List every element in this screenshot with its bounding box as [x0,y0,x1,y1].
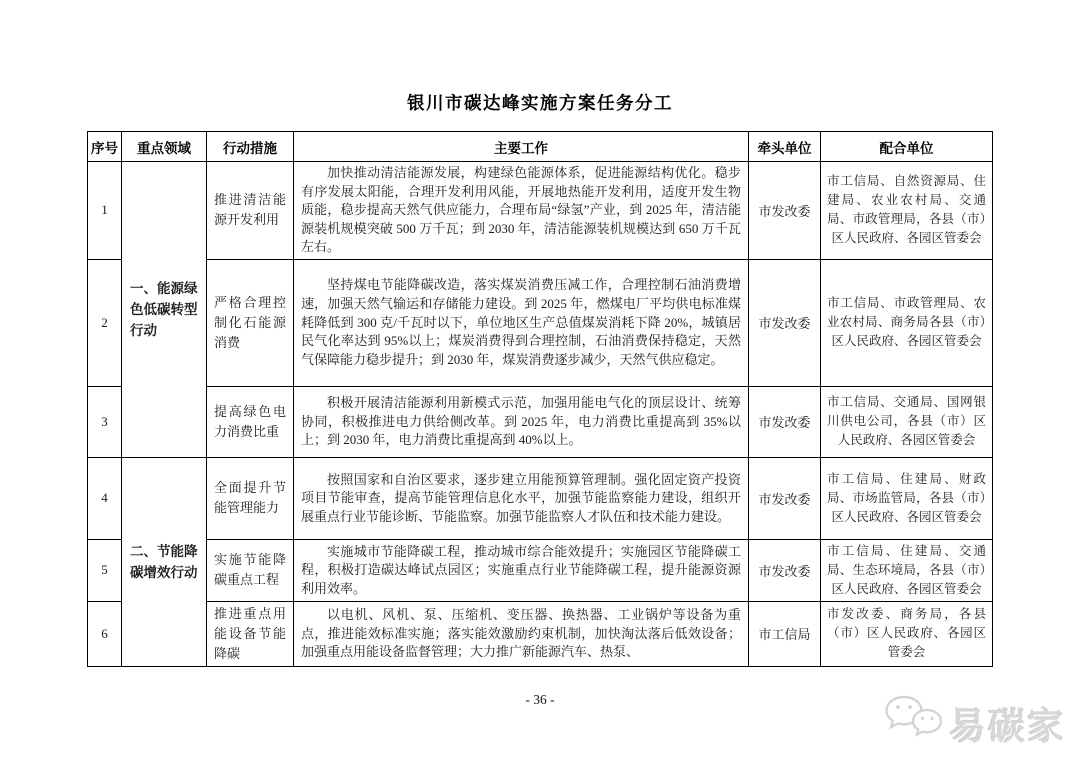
lead-unit-cell: 市工信局 [749,601,821,666]
work-paragraph: 加快推动清洁能源发展，构建绿色能源体系，促进能源结构优化。稳步有序发展太阳能，合… [301,164,741,257]
work-paragraph: 以电机、风机、泵、压缩机、变压器、换热器、工业锅炉等设备为重点，推进能效标准实施… [301,606,741,662]
chat-bubbles-icon [883,694,945,751]
support-unit-cell: 市发改委、商务局，各县（市）区人民政府、各园区管委会 [821,601,993,666]
row-number-cell: 3 [88,386,122,457]
row-number-cell: 5 [88,539,122,601]
work-cell: 积极开展清洁能源利用新模式示范，加强用能电气化的顶层设计、统筹协同，积极推进电力… [294,386,749,457]
header-lead-unit: 牵头单位 [749,132,821,162]
table-row: 4 二、节能降碳增效行动 全面提升节能管理能力 按照国家和自治区要求，逐步建立用… [88,457,993,539]
table-row: 6 推进重点用能设备节能降碳 以电机、风机、泵、压缩机、变压器、换热器、工业锅炉… [88,601,993,666]
work-paragraph: 实施城市节能降碳工程，推动城市综合能效提升；实施园区节能降碳工程，积极打造碳达峰… [301,543,741,599]
work-cell: 加快推动清洁能源发展，构建绿色能源体系，促进能源结构优化。稳步有序发展太阳能，合… [294,162,749,260]
watermark-logo: 易碳家 [883,694,1066,751]
row-number-cell: 4 [88,457,122,539]
header-key-area: 重点领域 [122,132,207,162]
support-unit-cell: 市工信局、住建局、交通局、生态环境局，各县（市）区人民政府、各园区管委会 [821,539,993,601]
work-cell: 以电机、风机、泵、压缩机、变压器、换热器、工业锅炉等设备为重点，推进能效标准实施… [294,601,749,666]
header-serial-number: 序号 [88,132,122,162]
row-number-cell: 6 [88,601,122,666]
work-paragraph: 积极开展清洁能源利用新模式示范，加强用能电气化的顶层设计、统筹协同，积极推进电力… [301,394,741,450]
lead-unit-cell: 市发改委 [749,457,821,539]
page-title: 银川市碳达峰实施方案任务分工 [0,0,1080,115]
measure-cell: 实施节能降碳重点工程 [207,539,294,601]
header-main-work: 主要工作 [294,132,749,162]
lead-unit-cell: 市发改委 [749,162,821,260]
lead-unit-cell: 市发改委 [749,259,821,386]
lead-unit-cell: 市发改委 [749,386,821,457]
measure-cell: 推进清洁能源开发利用 [207,162,294,260]
measure-cell: 推进重点用能设备节能降碳 [207,601,294,666]
header-action-measure: 行动措施 [207,132,294,162]
document-page: { "page": { "title": "银川市碳达峰实施方案任务分工", "… [0,0,1080,764]
table-row: 1 一、能源绿色低碳转型行动 推进清洁能源开发利用 加快推动清洁能源发展，构建绿… [88,162,993,260]
table-row: 2 严格合理控制化石能源消费 坚持煤电节能降碳改造，落实煤炭消费压减工作，合理控… [88,259,993,386]
measure-cell: 提高绿色电力消费比重 [207,386,294,457]
lead-unit-cell: 市发改委 [749,539,821,601]
work-cell: 按照国家和自治区要求，逐步建立用能预算管理制。强化固定资产投资项目节能审查，提高… [294,457,749,539]
support-unit-cell: 市工信局、自然资源局、住建局、农业农村局、交通局、市政管理局，各县（市）区人民政… [821,162,993,260]
key-area-cell: 一、能源绿色低碳转型行动 [122,162,207,458]
header-support-unit: 配合单位 [821,132,993,162]
work-cell: 坚持煤电节能降碳改造，落实煤炭消费压减工作，合理控制石油消费增速，加强天然气输运… [294,259,749,386]
task-division-table: 序号 重点领域 行动措施 主要工作 牵头单位 配合单位 1 一、能源绿色低碳转型… [87,131,993,667]
support-unit-cell: 市工信局、交通局、国网银川供电公司，各县（市）区人民政府、各园区管委会 [821,386,993,457]
row-number-cell: 2 [88,259,122,386]
table-row: 5 实施节能降碳重点工程 实施城市节能降碳工程，推动城市综合能效提升；实施园区节… [88,539,993,601]
work-cell: 实施城市节能降碳工程，推动城市综合能效提升；实施园区节能降碳工程，积极打造碳达峰… [294,539,749,601]
work-paragraph: 坚持煤电节能降碳改造，落实煤炭消费压减工作，合理控制石油消费增速，加强天然气输运… [301,276,741,369]
work-paragraph: 按照国家和自治区要求，逐步建立用能预算管理制。强化固定资产投资项目节能审查，提高… [301,471,741,527]
row-number-cell: 1 [88,162,122,260]
measure-cell: 全面提升节能管理能力 [207,457,294,539]
table-header-row: 序号 重点领域 行动措施 主要工作 牵头单位 配合单位 [88,132,993,162]
support-unit-cell: 市工信局、住建局、财政局、市场监管局，各县（市）区人民政府、各园区管委会 [821,457,993,539]
watermark-text: 易碳家 [949,696,1066,750]
measure-cell: 严格合理控制化石能源消费 [207,259,294,386]
key-area-cell: 二、节能降碳增效行动 [122,457,207,666]
support-unit-cell: 市工信局、市政管理局、农业农村局、商务局各县（市）区人民政府、各园区管委会 [821,259,993,386]
table-row: 3 提高绿色电力消费比重 积极开展清洁能源利用新模式示范，加强用能电气化的顶层设… [88,386,993,457]
